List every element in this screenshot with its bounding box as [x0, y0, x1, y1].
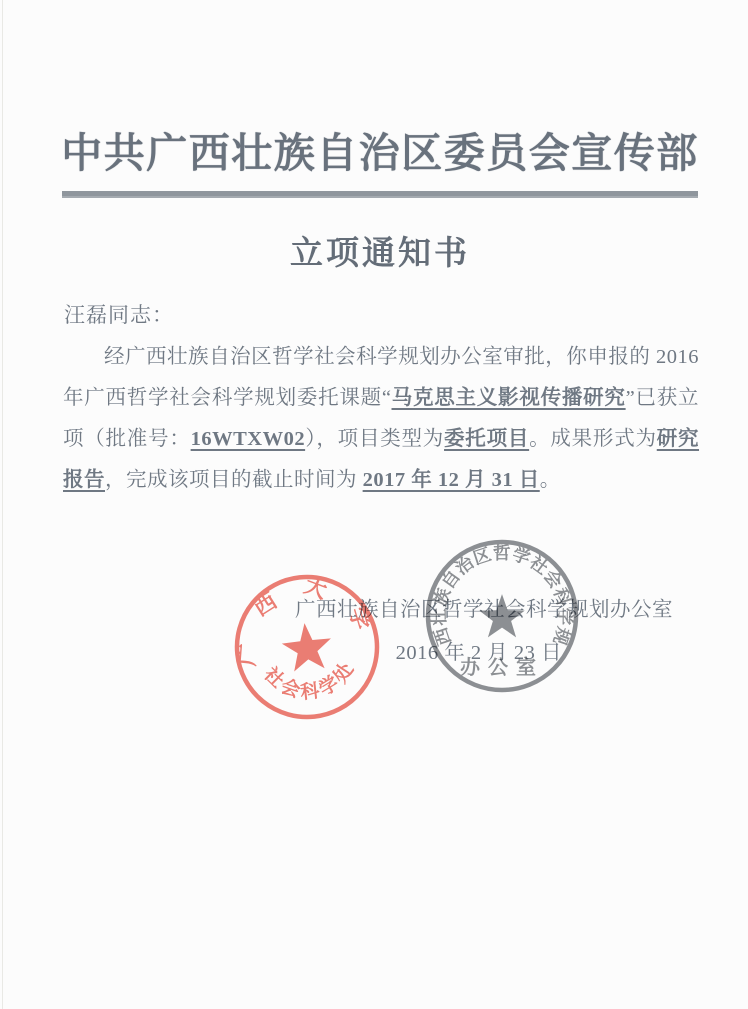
document-title: 立项通知书 [62, 227, 698, 274]
letterhead-divider-rule [62, 191, 698, 198]
body-text: ，完成该项目的截止时间为 [105, 469, 363, 491]
signature-date: 2016 年 2 月 23 日 [0, 635, 562, 665]
recipient-greeting: 汪磊同志： [64, 299, 174, 329]
emphasized-underlined-text: 16WTXW02 [191, 428, 305, 450]
body-text: ），项目类型为 [305, 428, 444, 450]
emphasized-underlined-text: 2017 年 12 月 31 日 [363, 469, 540, 491]
letterhead-title: 中共广西壮族自治区委员会宣传部 [56, 120, 704, 179]
scanned-document-page: 中共广西壮族自治区委员会宣传部 立项通知书 汪磊同志： 经广西壮族自治区哲学社会… [0, 0, 748, 1009]
body-paragraph: 经广西壮族自治区哲学社会科学规划办公室审批，你申报的 2016 年广西哲学社会科… [63, 337, 699, 501]
signature-organization: 广西壮族自治区哲学社会科学规划办公室 [0, 592, 673, 622]
emphasized-underlined-text: 委托项目 [444, 428, 529, 450]
body-text: 。成果形式为 [529, 428, 657, 450]
body-text: 。 [540, 469, 561, 491]
scan-edge-artifact [2, 0, 3, 1009]
emphasized-underlined-text: 马克思主义影视传播研究 [392, 387, 626, 409]
